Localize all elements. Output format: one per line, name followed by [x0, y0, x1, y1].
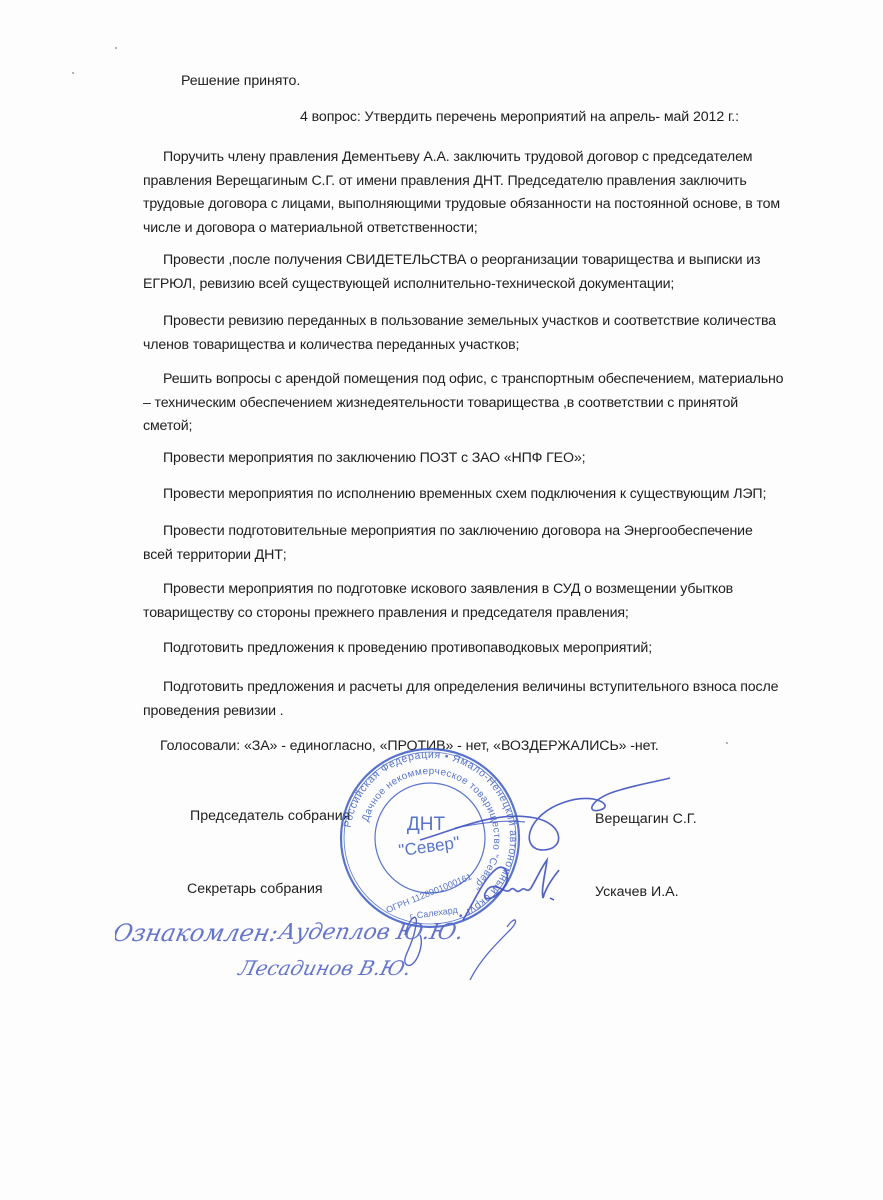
agenda-item: Провести мероприятия по исполнению време… — [143, 483, 833, 507]
item-line: Провести подготовительные мероприятия по… — [163, 523, 753, 539]
item-line: сметой; — [143, 415, 833, 439]
acknowledgement-handwriting: Ознакомлен: Аудеплов Ю.Ю. Лесадинов В.Ю. — [115, 905, 535, 995]
chair-signature — [415, 770, 675, 860]
agenda-item: Подготовить предложения и расчеты для оп… — [143, 676, 833, 723]
agenda-item: Провести ревизию переданных в пользовани… — [143, 310, 833, 357]
item-line: – техническим обеспечением жизнедеятельн… — [143, 392, 833, 416]
item-line: правления Верещагиным С.Г. от имени прав… — [143, 170, 833, 194]
agenda-item: Провести ,после получения СВИДЕТЕЛЬСТВА … — [143, 249, 833, 296]
acknowledged-label: Ознакомлен: — [115, 918, 281, 947]
acknowledged-name2: Лесадинов В.Ю. — [235, 956, 413, 980]
secretary-name: Ускачев И.А. — [595, 882, 679, 902]
item-line: членов товарищества и количества передан… — [143, 334, 833, 358]
scan-speck — [726, 742, 728, 744]
item-line: Провести ревизию переданных в пользовани… — [163, 313, 776, 329]
item-line: Провести мероприятия по исполнению време… — [163, 486, 766, 502]
chair-label: Председатель собрания — [190, 806, 350, 826]
agenda-item: Решить вопросы с арендой помещения под о… — [143, 368, 833, 439]
item-line: всей территории ДНТ; — [143, 544, 833, 568]
item-line: Решить вопросы с арендой помещения под о… — [163, 371, 783, 387]
item-line: Подготовить предложения к проведению про… — [163, 640, 652, 656]
acknowledged-name1: Аудеплов Ю.Ю. — [275, 919, 466, 945]
scan-speck — [72, 72, 74, 74]
scan-speck — [115, 47, 117, 49]
item-line: товариществу со стороны прежнего правлен… — [143, 602, 833, 626]
item-line: Провести мероприятия по заключению ПОЗТ … — [163, 450, 585, 466]
agenda-item: Подготовить предложения к проведению про… — [143, 637, 833, 661]
item-line: Провести мероприятия по подготовке исков… — [163, 581, 733, 597]
item-line: числе и договора о материальной ответств… — [143, 217, 833, 241]
agenda-item: Провести мероприятия по подготовке исков… — [143, 578, 833, 625]
item-line: Провести ,после получения СВИДЕТЕЛЬСТВА … — [163, 252, 760, 268]
document-page: Решение принято. 4 вопрос: Утвердить пер… — [0, 0, 883, 1200]
question-heading: 4 вопрос: Утвердить перечень мероприятий… — [300, 107, 739, 127]
secretary-label: Секретарь собрания — [187, 879, 323, 899]
item-line: Поручить члену правления Дементьеву А.А.… — [163, 149, 752, 165]
item-line: трудовые договора с лицами, выполняющими… — [143, 193, 833, 217]
agenda-item: Поручить члену правления Дементьеву А.А.… — [143, 146, 833, 240]
item-line: проведения ревизии . — [143, 700, 833, 724]
agenda-item: Провести подготовительные мероприятия по… — [143, 520, 833, 567]
item-line: Подготовить предложения и расчеты для оп… — [163, 679, 778, 695]
item-line: ЕГРЮЛ, ревизию всей существующей исполни… — [143, 273, 833, 297]
agenda-item: Провести мероприятия по заключению ПОЗТ … — [143, 447, 833, 471]
decision-line: Решение принято. — [181, 71, 300, 91]
